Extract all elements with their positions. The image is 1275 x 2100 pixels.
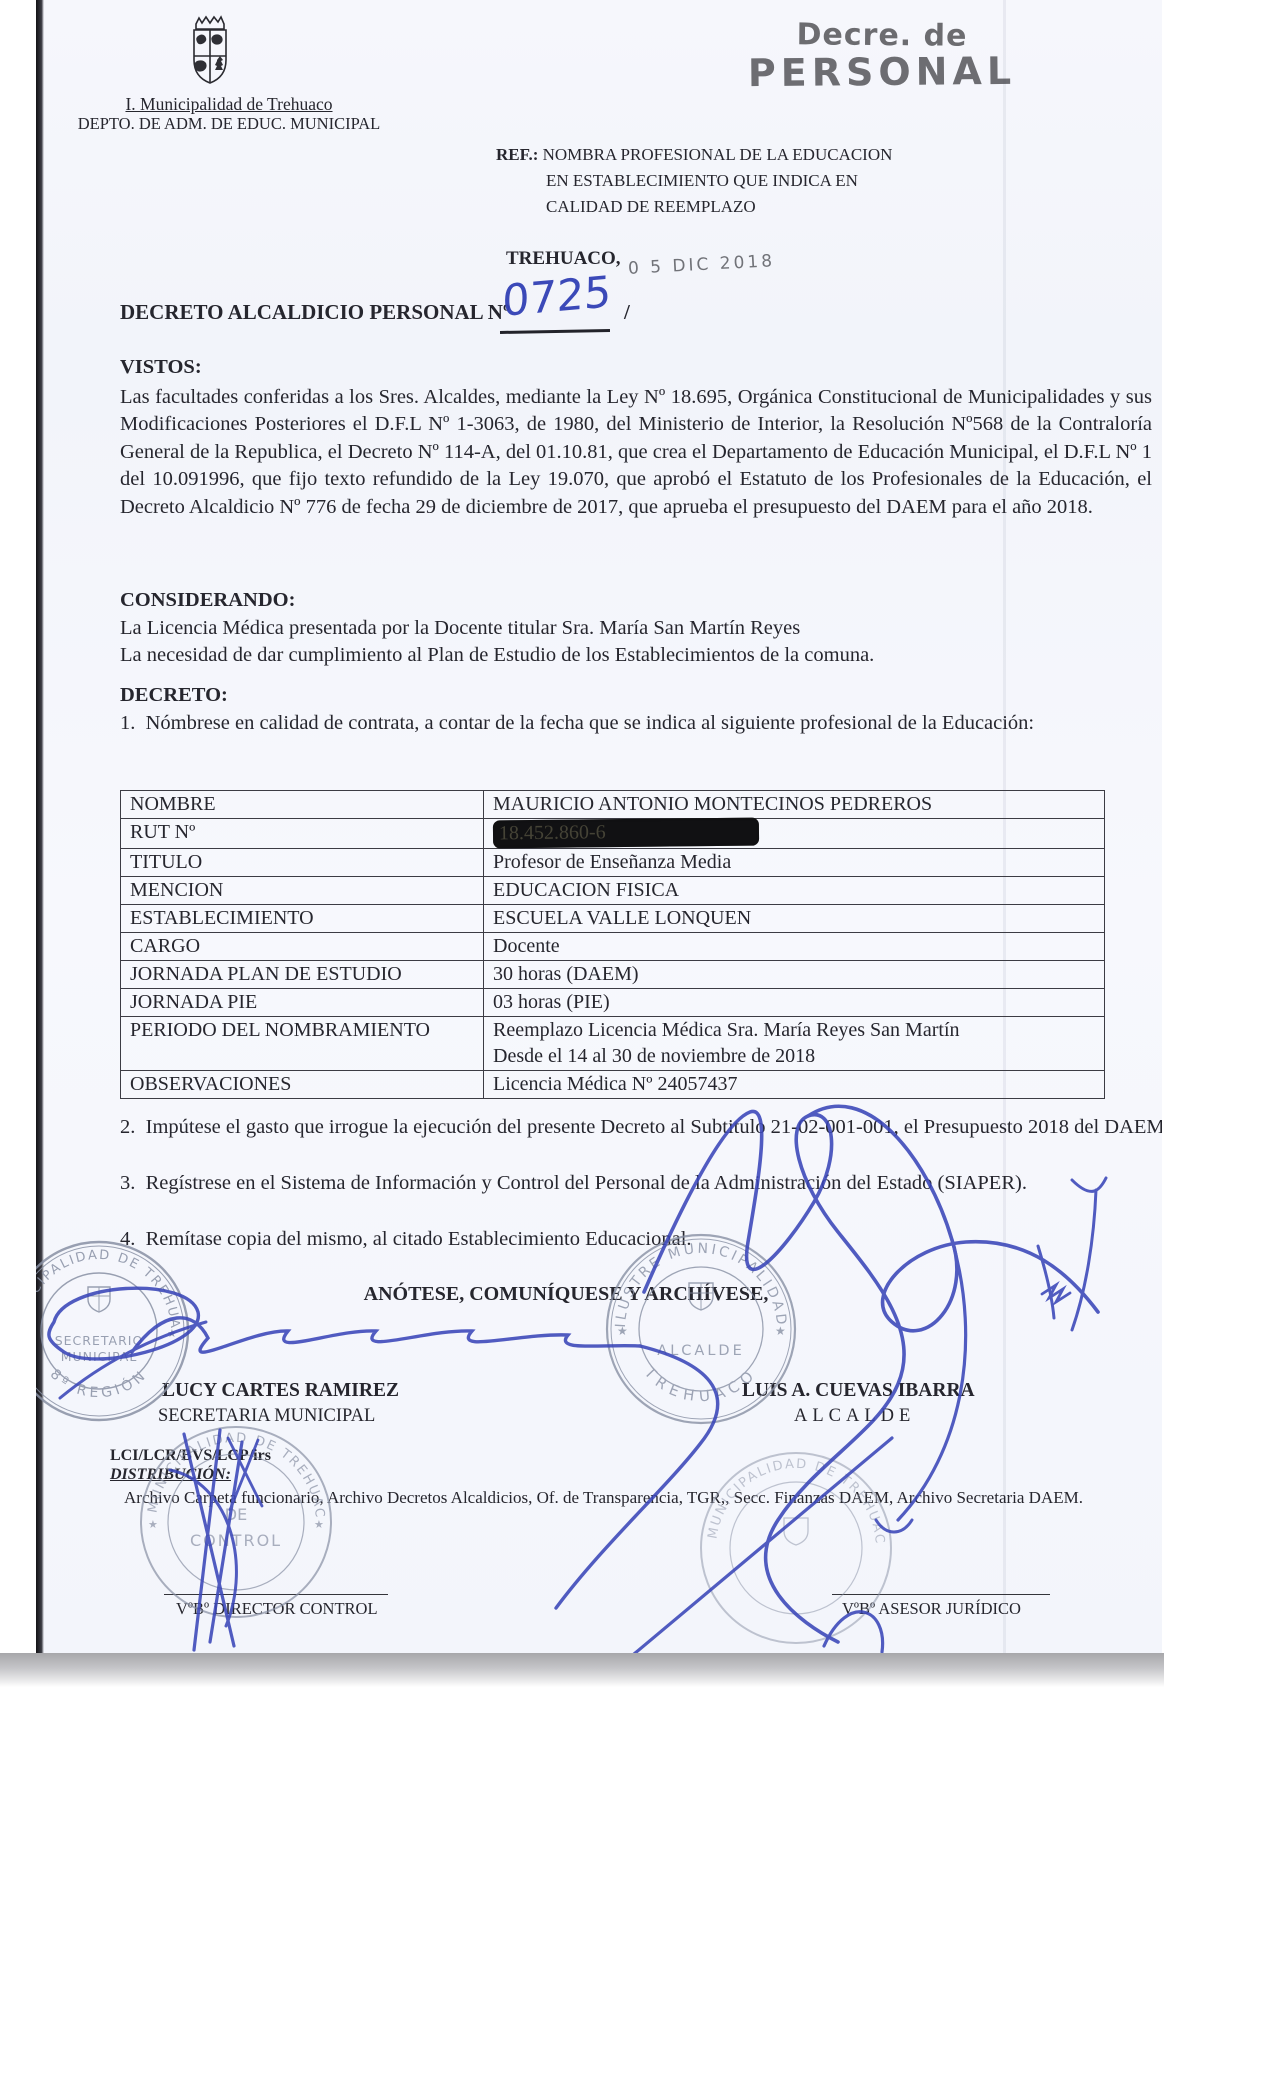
redacted-rut: 18.452.860-6 (493, 818, 759, 849)
table-row: JORNADA PLAN DE ESTUDIO30 horas (DAEM) (121, 961, 1105, 989)
row-value: Reemplazo Licencia Médica Sra. María Rey… (484, 1017, 1105, 1071)
mayor-title: ALCALDE (794, 1406, 915, 1427)
secretary-signature (132, 1318, 640, 1352)
row-label: RUT Nº (121, 819, 484, 849)
row-label: MENCION (121, 877, 484, 905)
row-value: Licencia Médica Nº 24057437 (484, 1071, 1105, 1099)
stamp-center-text: ALCALDE (657, 1343, 744, 1359)
ref-line3: CALIDAD DE REEMPLAZO (546, 194, 976, 220)
table-row: PERIODO DEL NOMBRAMIENTO Reemplazo Licen… (121, 1017, 1105, 1071)
decreto-heading: DECRETO: (120, 684, 228, 707)
item-number: 2. (120, 1116, 135, 1138)
considerando-line1: La Licencia Médica presentada por la Doc… (120, 617, 800, 640)
scanned-decree-page: I. Municipalidad de Trehuaco DEPTO. DE A… (0, 0, 1275, 2100)
stamp-center-text: CONTROL (190, 1531, 282, 1550)
stamp-outer-text: I. MUNICIPALIDAD DE TREHUACO (36, 1248, 182, 1335)
stamp-bottom-text: TREHUACO (640, 1363, 761, 1406)
considerando-line2: La necesidad de dar cumplimiento al Plan… (120, 644, 874, 667)
scan-paper: I. Municipalidad de Trehuaco DEPTO. DE A… (36, 0, 1162, 1655)
stamp-star: ★ (617, 1324, 628, 1338)
secretary-name: LUCY CARTES RAMIREZ (162, 1380, 399, 1402)
row-label: CARGO (121, 933, 484, 961)
legal-advisor-round-stamp: I. MUNICIPALIDAD DE TREHUACO (696, 1448, 896, 1648)
item-number: 1. (120, 712, 135, 734)
decree-number-underline (500, 329, 610, 334)
table-row: ESTABLECIMIENTOESCUELA VALLE LONQUEN (121, 905, 1105, 933)
secretary-round-stamp: I. MUNICIPALIDAD DE TREHUACO 8ª REGIÓN ★… (36, 1238, 192, 1424)
municipal-crest-icon (184, 12, 236, 98)
decree-type-stamp-line2: PERSONAL (732, 49, 1032, 96)
row-label: JORNADA PLAN DE ESTUDIO (121, 961, 484, 989)
row-label: PERIODO DEL NOMBRAMIENTO (121, 1017, 484, 1071)
row-label: OBSERVACIONES (121, 1071, 484, 1099)
decree-number-handwritten: 0725 (502, 267, 612, 327)
decree-item-1: 1. Nómbrese en calidad de contrata, a co… (120, 710, 1162, 737)
row-value: 03 horas (PIE) (484, 989, 1105, 1017)
table-row: OBSERVACIONESLicencia Médica Nº 24057437 (121, 1071, 1105, 1099)
vistos-heading: VISTOS: (120, 356, 202, 379)
considerando-heading: CONSIDERANDO: (120, 589, 295, 612)
table-row: TITULOProfesor de Enseñanza Media (121, 849, 1105, 877)
ref-line2: EN ESTABLECIMIENTO QUE INDICA EN (546, 168, 976, 194)
department-name: DEPTO. DE ADM. DE EDUC. MUNICIPAL (54, 114, 404, 134)
item-number: 3. (120, 1172, 135, 1194)
item-text: Nómbrese en calidad de contrata, a conta… (146, 712, 1035, 734)
row-label: TITULO (121, 849, 484, 877)
svg-text:I. MUNICIPALIDAD DE TREHUACO: I. MUNICIPALIDAD DE TREHUACO (36, 1248, 182, 1335)
table-row: NOMBREMAURICIO ANTONIO MONTECINOS PEDRER… (121, 791, 1105, 819)
item-text: Impútese el gasto que irrogue la ejecuci… (146, 1116, 1162, 1138)
vistos-paragraph: Las facultades conferidas a los Sres. Al… (120, 384, 1152, 521)
stamp-star: ★ (775, 1324, 786, 1338)
date-stamp: 0 5 DIC 2018 (628, 251, 776, 279)
row-label: NOMBRE (121, 791, 484, 819)
row-value: Docente (484, 933, 1105, 961)
scan-bottom-shadow (0, 1653, 1164, 1687)
decree-item-2: 2. Impútese el gasto que irrogue la ejec… (120, 1114, 1162, 1141)
mayor-round-stamp: ILUSTRE MUNICIPALIDAD TREHUACO ★ ★ ALCAL… (602, 1230, 800, 1428)
table-row: MENCIONEDUCACION FISICA (121, 877, 1105, 905)
stamp-center-text: DE (225, 1505, 247, 1524)
row-value: ESCUELA VALLE LONQUEN (484, 905, 1105, 933)
control-unit-round-stamp: I. MUNICIPALIDAD DE TREHUACO ★ ★ DE CONT… (136, 1422, 336, 1622)
decree-title: DECRETO ALCALDICIO PERSONAL Nº (120, 300, 510, 325)
table-row: RUT Nº18.452.860-6 (121, 819, 1105, 849)
ref-block: REF.: NOMBRA PROFESIONAL DE LA EDUCACION… (496, 142, 976, 220)
place-line: TREHUACO, (506, 248, 621, 270)
stamp-center-text: MUNICIPAL (61, 1349, 138, 1364)
svg-text:8ª REGIÓN: 8ª REGIÓN (47, 1366, 151, 1401)
appointment-table: NOMBREMAURICIO ANTONIO MONTECINOS PEDRER… (120, 790, 1105, 1099)
stamp-bottom-text: 8ª REGIÓN (47, 1366, 151, 1401)
table-row: CARGODocente (121, 933, 1105, 961)
row-label: ESTABLECIMIENTO (121, 905, 484, 933)
item-text: Regístrese en el Sistema de Información … (146, 1172, 1027, 1194)
decree-number-slash: / (624, 300, 630, 325)
decree-item-3: 3. Regístrese en el Sistema de Informaci… (120, 1170, 1162, 1197)
row-value: Profesor de Enseñanza Media (484, 849, 1105, 877)
stamp-star: ★ (148, 1518, 158, 1531)
row-value: MAURICIO ANTONIO MONTECINOS PEDREROS (484, 791, 1105, 819)
municipality-name: I. Municipalidad de Trehuaco (64, 94, 394, 115)
row-value: 30 horas (DAEM) (484, 961, 1105, 989)
stamp-center-text: SECRETARIO (55, 1333, 144, 1348)
stamp-star: ★ (314, 1518, 324, 1531)
ref-line1: NOMBRA PROFESIONAL DE LA EDUCACION (543, 145, 893, 164)
svg-text:TREHUACO: TREHUACO (640, 1363, 761, 1406)
row-value: 18.452.860-6 (484, 819, 1105, 849)
stamp-outer-text: I. MUNICIPALIDAD DE TREHUACO (705, 1457, 887, 1552)
ref-label: REF.: (496, 145, 538, 164)
svg-text:I. MUNICIPALIDAD DE TREHUACO: I. MUNICIPALIDAD DE TREHUACO (705, 1457, 887, 1552)
stamp-star: ★ (167, 1327, 177, 1340)
row-label: JORNADA PIE (121, 989, 484, 1017)
table-row: JORNADA PIE03 horas (PIE) (121, 989, 1105, 1017)
row-value: EDUCACION FISICA (484, 877, 1105, 905)
